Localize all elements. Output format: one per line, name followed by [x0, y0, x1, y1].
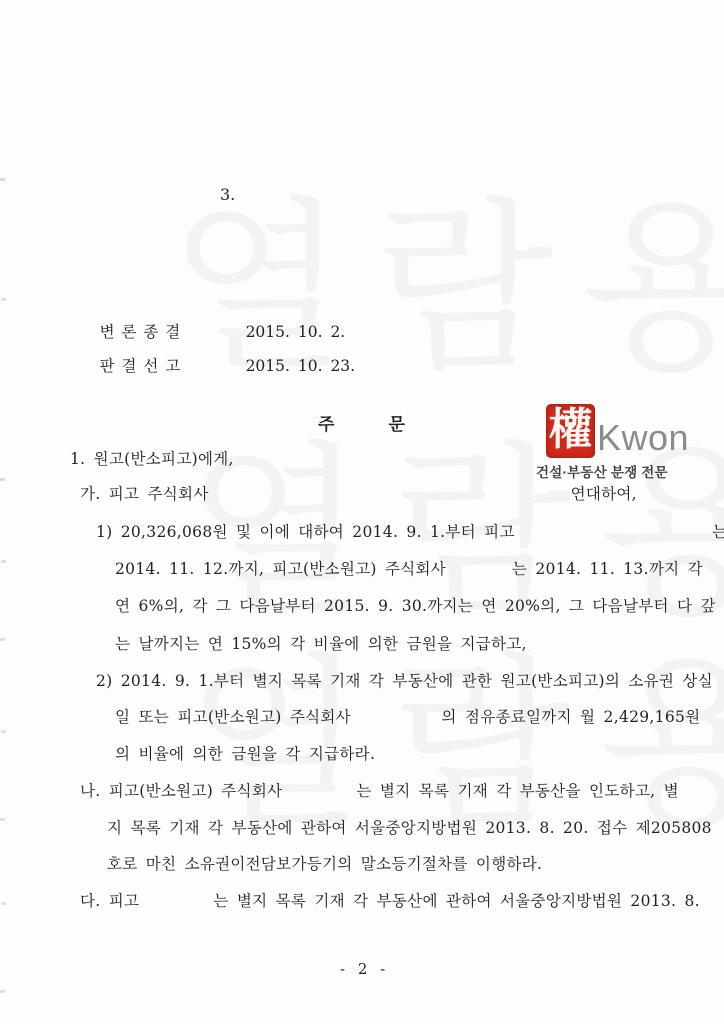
body-line: 는 날까지는 연 15%의 각 비율에 의한 금원을 지급하고, — [115, 632, 527, 654]
order-heading: 주 문 — [318, 410, 405, 435]
body-line: 가. 피고 주식회사 연대하여, — [80, 482, 637, 504]
document-page: 열람용 열람용 열람용 3. 변 론 종 결2015. 10. 2. 판 결 선… — [0, 0, 724, 1024]
body-line: 의 비율에 의한 금원을 각 지급하라. — [115, 742, 375, 764]
kwon-seal-icon: 權 — [546, 404, 595, 458]
section-number: 3. — [220, 185, 235, 204]
seal-character: 權 — [549, 408, 593, 452]
document-content: 3. 변 론 종 결2015. 10. 2. 판 결 선 고2015. 10. … — [0, 0, 724, 1024]
meta-row-verdict-date: 판 결 선 고2015. 10. 23. — [70, 336, 355, 394]
body-line: 나. 피고(반소원고) 주식회사 는 별지 목록 기재 각 부동산을 인도하고,… — [80, 779, 679, 801]
body-line: 1. 원고(반소피고)에게, — [70, 447, 234, 469]
page-number: - 2 - — [340, 960, 389, 978]
stamp-tagline: 건설·부동산 분쟁 전문 — [536, 461, 668, 481]
meta-value: 2015. 10. 23. — [246, 357, 356, 375]
meta-label: 판 결 선 고 — [100, 354, 246, 376]
body-line: 호로 마친 소유권이전담보가등기의 말소등기절차를 이행하라. — [107, 852, 542, 874]
order-heading-char: 주 — [318, 410, 334, 435]
body-line: 연 6%의, 각 그 다음날부터 2015. 9. 30.까지는 연 20%의,… — [115, 594, 716, 616]
body-line: 2) 2014. 9. 1.부터 별지 목록 기재 각 부동산에 관한 원고(반… — [96, 669, 713, 691]
stamp-brand-name: Kwon — [597, 420, 689, 456]
body-line: 일 또는 피고(반소원고) 주식회사 의 점유종료일까지 월 2,429,165… — [115, 705, 700, 727]
order-heading-char: 문 — [388, 410, 404, 435]
body-line: 2014. 11. 12.까지, 피고(반소원고) 주식회사 는 2014. 1… — [115, 557, 703, 579]
body-line: 1) 20,326,068원 및 이에 대하여 2014. 9. 1.부터 피고… — [96, 520, 724, 542]
body-line: 지 목록 기재 각 부동산에 관하여 서울중앙지방법원 2013. 8. 20.… — [107, 816, 712, 838]
body-line: 다. 피고 는 별지 목록 기재 각 부동산에 관하여 서울중앙지방법원 201… — [80, 889, 700, 911]
